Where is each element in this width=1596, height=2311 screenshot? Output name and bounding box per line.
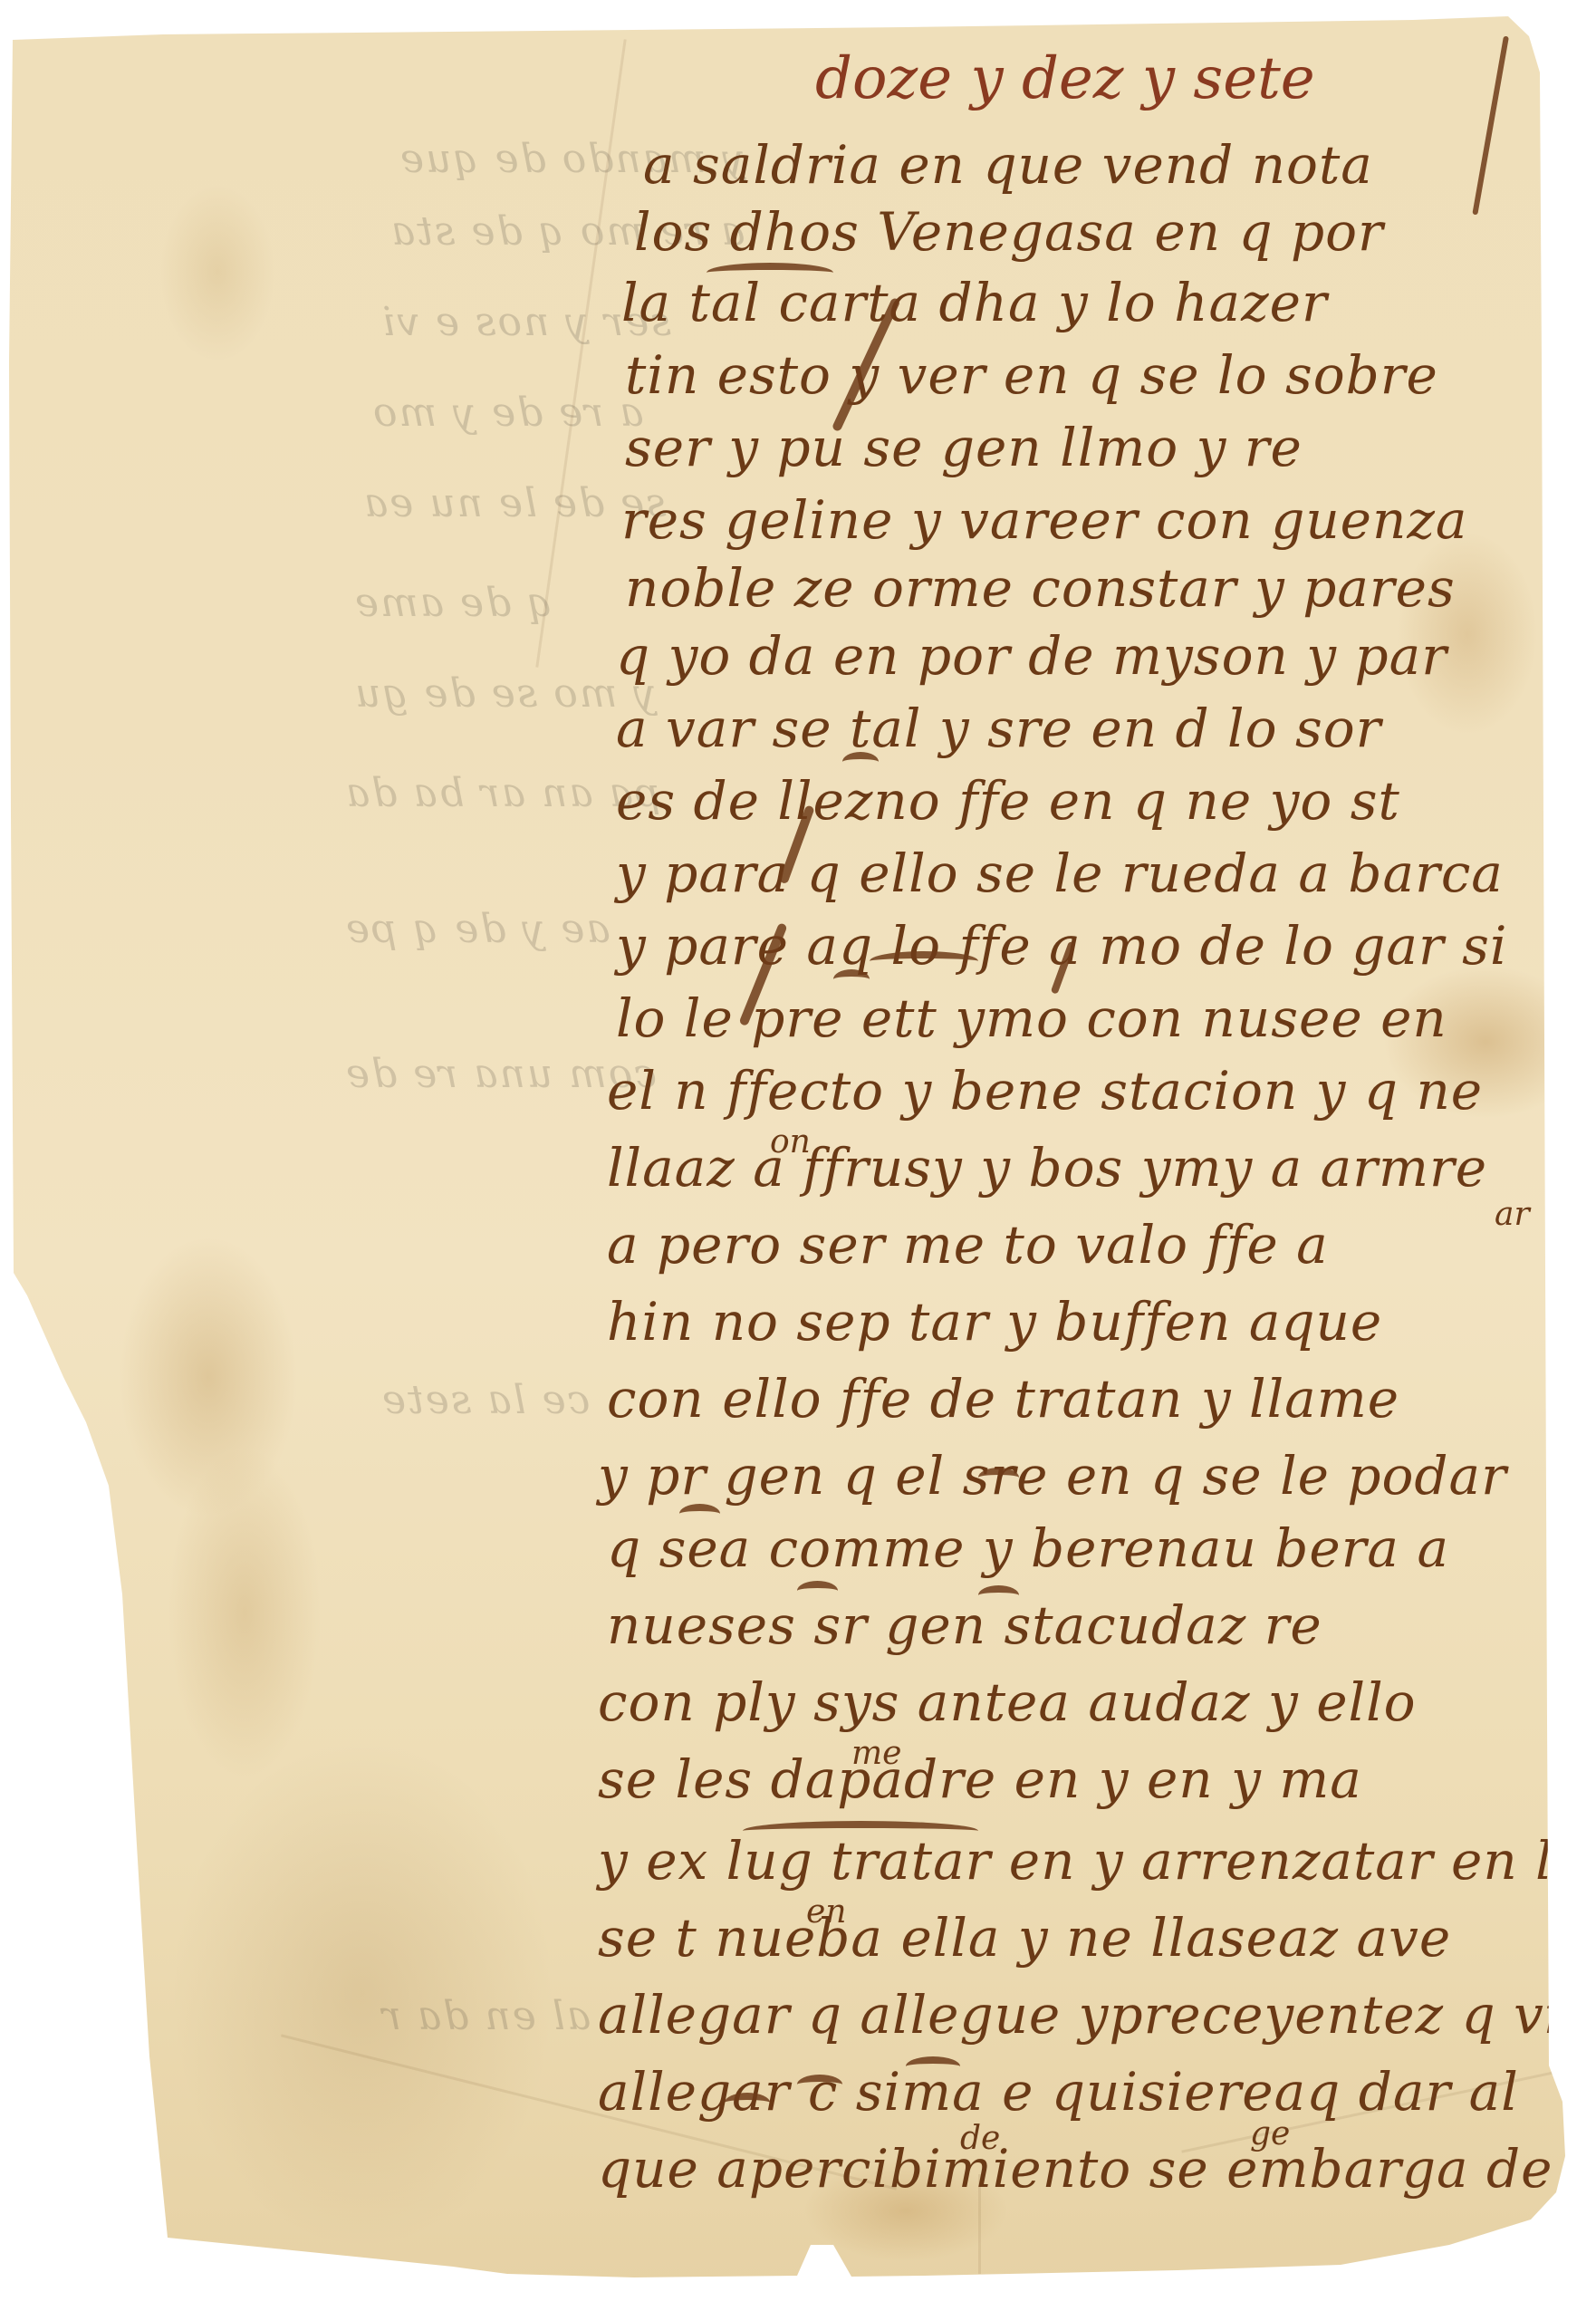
manuscript-line: allegar c sima e quisiereaq dar al	[598, 2061, 1519, 2123]
bleed-through-line: al en da r	[380, 1993, 591, 2039]
manuscript-line: allegar q allegue ypreceyentez q vista	[598, 1984, 1596, 2046]
manuscript-line: con ello ffe de tratan y llame	[607, 1368, 1399, 1430]
manuscript-line: llaaz a ffrusy y bos ymy a armre	[607, 1137, 1487, 1199]
manuscript-line: q yo da en por de myson y par	[616, 625, 1447, 687]
bleed-through-line: q de ame	[353, 580, 553, 626]
manuscript-line: res geline y vareer con guenza	[621, 489, 1468, 551]
abbreviation-mark	[833, 969, 870, 989]
abbreviation-mark	[679, 1504, 720, 1524]
abbreviation-mark	[842, 752, 879, 772]
manuscript-line: los dhos Venegasa en q por	[634, 201, 1384, 263]
manuscript-line: que apercibimiento se embarga de cre	[598, 2138, 1596, 2200]
folio-heading: doze y dez y sete	[815, 45, 1315, 112]
interlinear-note: me	[851, 1735, 901, 1772]
abbreviation-mark	[978, 1585, 1019, 1605]
abbreviation-mark	[906, 2056, 960, 2076]
abbreviation-mark	[797, 2075, 842, 2094]
manuscript-line: es de llezno ffe en q ne yo st	[616, 770, 1400, 832]
manuscript-line: nueses sr gen stacudaz re	[607, 1594, 1322, 1656]
interlinear-note: ge	[1250, 2115, 1290, 2152]
bleed-through-line: ae y de q pe	[344, 906, 611, 952]
abbreviation-mark	[797, 1581, 838, 1601]
abbreviation-mark	[707, 263, 833, 283]
manuscript-line: y para q ello se le rueda a barca	[616, 843, 1504, 904]
bleed-through-line: y mo se de gu	[353, 670, 656, 717]
manuscript-line: noble ze orme constar y pares	[625, 557, 1456, 619]
bleed-through-line: ce la sete	[380, 1377, 590, 1423]
abbreviation-mark	[978, 1468, 1019, 1488]
manuscript-line: el n ffecto y bene stacion y q ne	[607, 1060, 1483, 1122]
pen-stroke	[1472, 35, 1509, 215]
bleed-through-line: a re de y mo	[371, 390, 644, 436]
abbreviation-mark	[870, 951, 978, 971]
abbreviation-mark	[725, 2093, 770, 2113]
manuscript-line: a pero ser me to valo ffe a	[607, 1214, 1329, 1276]
manuscript-line: se les dapadre en y en y ma	[598, 1748, 1362, 1810]
fold-crease-left	[535, 39, 626, 668]
manuscript-line: a var se tal y sre en d lo sor	[616, 698, 1381, 759]
manuscript-line: q sea comme y berenau bera a	[607, 1517, 1449, 1579]
interlinear-note: ar	[1495, 1196, 1530, 1233]
interlinear-note: en	[806, 1893, 847, 1931]
manuscript-line: a saldria en que vend nota	[643, 134, 1373, 196]
abbreviation-mark	[743, 1821, 978, 1841]
manuscript-line: se t nueba ella y ne llaseaz ave	[598, 1907, 1451, 1969]
bleed-through-line: pa an ar ba da	[344, 770, 660, 816]
manuscript-page: y mando de que a re mo q de sta ser y no…	[0, 0, 1596, 2311]
manuscript-line: con ply sys antea audaz y ello	[598, 1671, 1417, 1733]
manuscript-line: hin no sep tar y buffen aque	[607, 1291, 1382, 1353]
interlinear-note: on	[770, 1123, 811, 1160]
manuscript-line: tin esto y ver en q se lo sobre	[625, 344, 1438, 406]
interlinear-note: de	[960, 2120, 1000, 2157]
manuscript-line: ser y pu se gen llmo y re	[625, 417, 1303, 478]
manuscript-line: y pr gen q el sre en q se le podar	[598, 1445, 1507, 1507]
